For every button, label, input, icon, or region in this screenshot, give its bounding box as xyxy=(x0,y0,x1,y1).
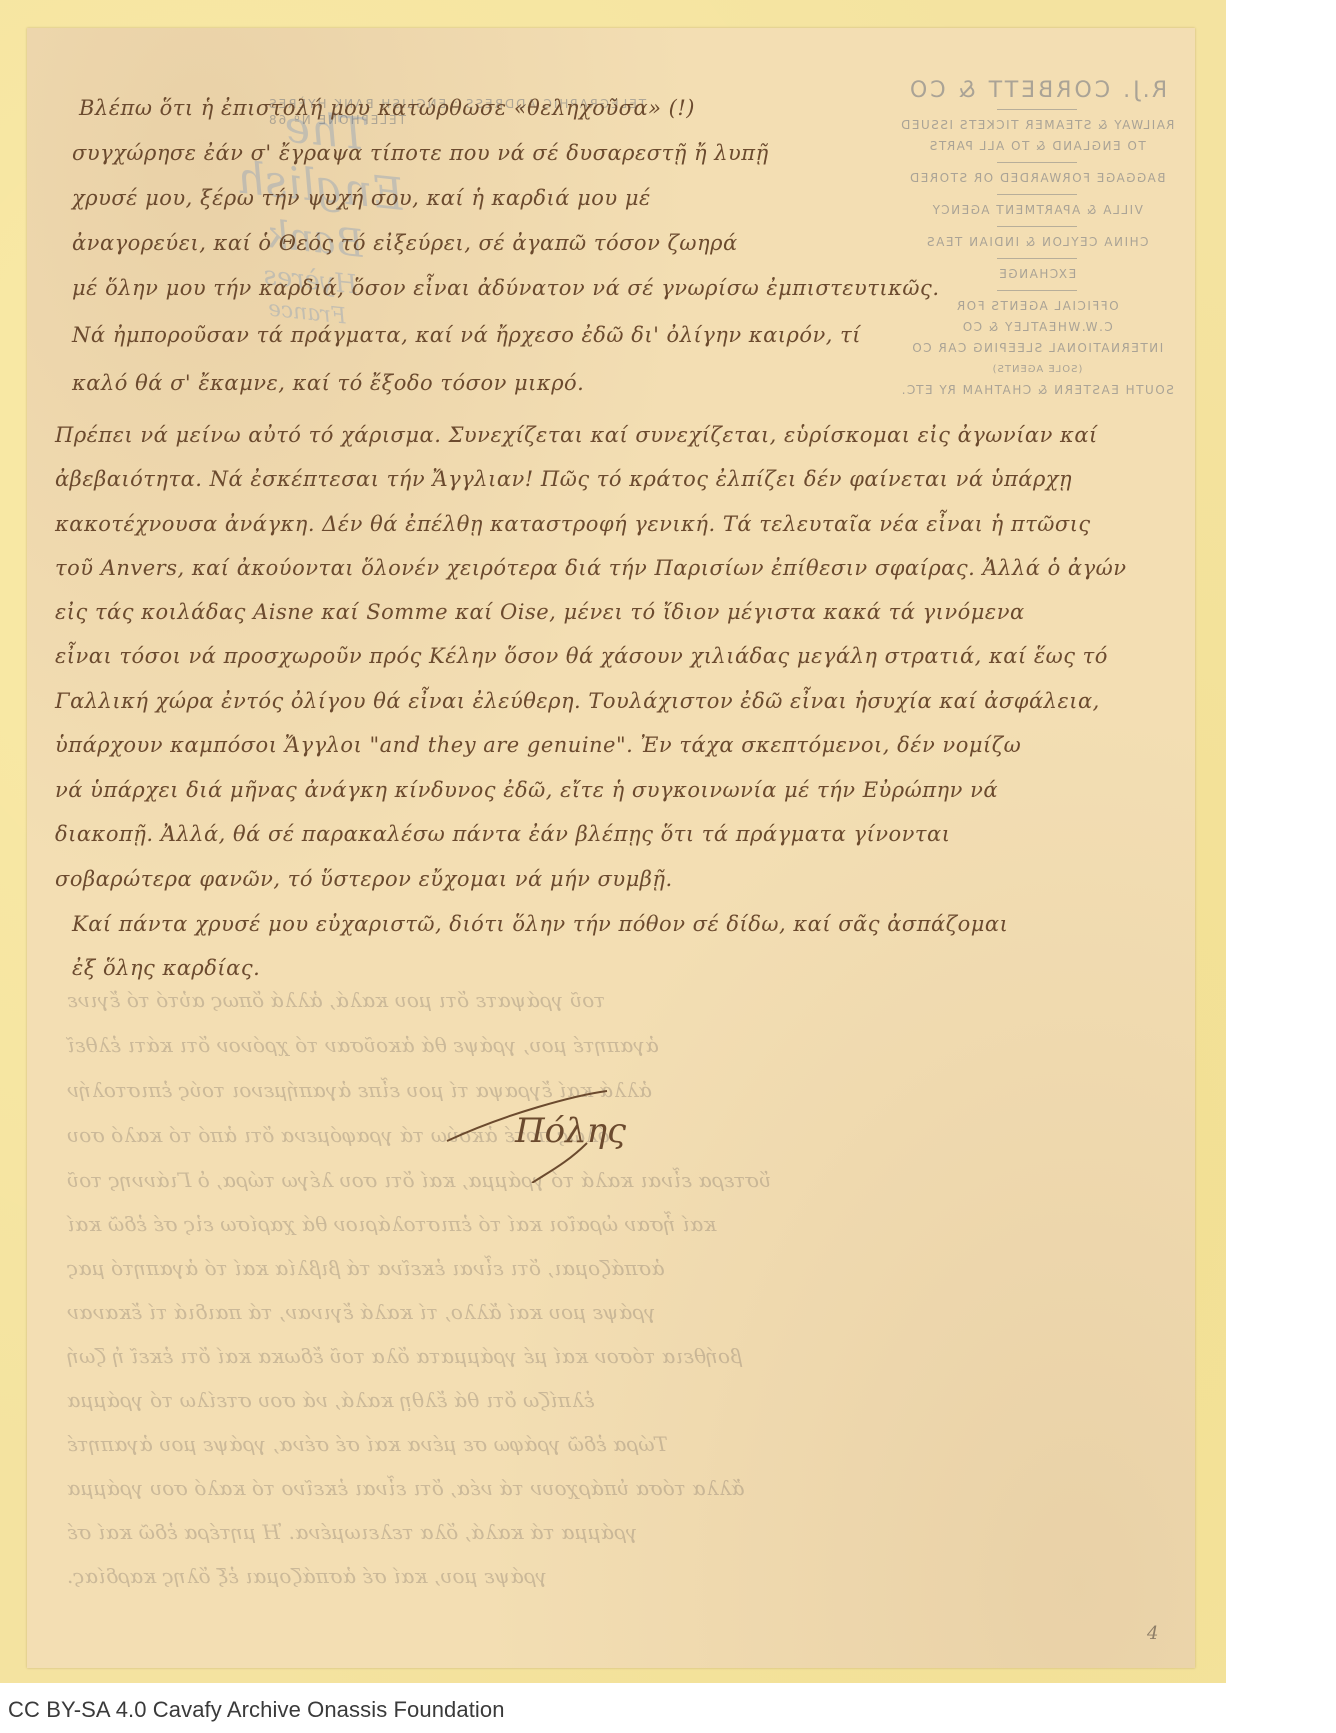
handwritten-line: ἀναγορεύει, καί ὁ Θεός τό εἰξεύρει, σέ ἀ… xyxy=(72,231,738,255)
signature-name: Πόλης xyxy=(515,1111,626,1151)
handwritten-line: ἀβεβαιότητα. Νά ἐσκέπτεσαι τήν Ἄγγλιαν! … xyxy=(55,467,1072,491)
handwritten-line: Καί πάντα χρυσέ μου εὐχαριστῶ, διότι ὅλη… xyxy=(72,912,1008,936)
divider xyxy=(997,162,1077,163)
bleed-through-line: Τώρα ἐδῶ γράφω σε μένα καί σέ σένα, γράψ… xyxy=(67,1432,1147,1456)
bleed-through-line: ἀγαπητέ μου, γράψε θά ἀκοῦσαν τό χρόνον … xyxy=(67,1033,1147,1057)
bank-stamp: The English Bank Hyères France xyxy=(176,90,459,346)
letterhead: R.J. CORBETT & CO RAILWAY & STEAMER TICK… xyxy=(887,78,1187,401)
letterhead-line: (SOLE AGENTS) xyxy=(887,359,1187,380)
divider xyxy=(997,109,1077,110)
handwritten-line: καλό θά σ' ἔκαμνε, καί τό ἔξοδο τόσον μι… xyxy=(72,371,584,395)
letterhead-line: BAGGAGE FORWARDED OR STORED xyxy=(887,168,1187,189)
letterhead-line: INTERNATIONAL SLEEPING CAR CO xyxy=(887,338,1187,359)
handwritten-line: ὑπάρχουν καμπόσοι Ἄγγλοι "and they are g… xyxy=(55,733,1021,757)
bleed-through-line: γράψε μου, καί σέ ἀσπάζομαι ἐξ ὅλης καρδ… xyxy=(67,1564,1147,1588)
handwritten-line: εἰς τάς κοιλάδας Aisne καί Somme καί Ois… xyxy=(55,600,1025,624)
handwritten-line: εἶναι τόσοι νά προσχωροῦν πρός Κέλην ὅσο… xyxy=(55,644,1108,668)
divider xyxy=(997,258,1077,259)
letterhead-line: VILLA & APARTMENT AGENCY xyxy=(887,200,1187,221)
license-caption: CC BY-SA 4.0 Cavafy Archive Onassis Foun… xyxy=(8,1697,505,1723)
bleed-through-line: τοῦ γράψατε ὅτι μου καλά, ἀλλά ὅπως αὐτό… xyxy=(67,988,1147,1012)
letterhead-line: C.W.WHEATLEY & CO xyxy=(887,317,1187,338)
handwritten-line: Νά ἠμποροῦσαν τά πράγματα, καί νά ἤρχεσο… xyxy=(72,323,861,347)
bleed-through-line: καί ἦσαν ὡραῖοι καί τό ἐπιστολάριον θά χ… xyxy=(67,1212,1147,1236)
handwritten-line: τοῦ Anvers, καί ἀκούονται ὅλονέν χειρότε… xyxy=(55,556,1127,580)
divider xyxy=(997,226,1077,227)
bleed-through-line: ἀσπάζομαι, ὅτι εἶναι ἐκεῖνα τά βιβλία κα… xyxy=(67,1256,1147,1280)
bleed-through-line: γράμμα τά καλά, ὅλα τελειωμένα. Ἡ μητέρα… xyxy=(67,1520,1147,1544)
page-marker: 4 xyxy=(1147,1623,1158,1644)
handwritten-line: ἐξ ὅλης καρδίας. xyxy=(72,956,260,980)
letter-page: The English Bank Hyères France TELEGRAPH… xyxy=(27,28,1195,1668)
handwritten-line: Γαλλική χώρα ἐντός ὀλίγου θά εἶναι ἐλεύθ… xyxy=(55,689,1100,713)
handwritten-line: μέ ὅλην μου τήν καρδιά, ὅσον εἶναι ἀδύνα… xyxy=(72,276,940,300)
letterhead-line: CHINA CEYLON & INDIAN TEAS xyxy=(887,232,1187,253)
bleed-through-line: ἐλπίζω ὅτι θά ἔλθῃ καλά, νά σου στείλω τ… xyxy=(67,1388,1147,1412)
letterhead-line: SOUTH EASTERN & CHATHAM RY ETC. xyxy=(887,380,1187,401)
handwritten-line: νά ὑπάρχει διά μῆνας ἀνάγκη κίνδυνος ἐδῶ… xyxy=(55,778,998,802)
handwritten-line: σοβαρώτερα φανῶν, τό ὕστερον εὔχομαι νά … xyxy=(55,867,673,891)
handwritten-line: Πρέπει νά μείνω αὐτό τό χάρισμα. Συνεχίζ… xyxy=(55,423,1098,447)
divider xyxy=(997,290,1077,291)
handwritten-line: χρυσέ μου, ξέρω τήν ψυχή σου, καί ἡ καρδ… xyxy=(72,186,651,210)
bleed-through-line: γράψε μου καί ἄλλο, τί καλά ἔγιναν, τά π… xyxy=(67,1300,1147,1324)
bleed-through-line: βοήθεια τόσον καί μέ γράμματα ὅλα τοῦ ἔδ… xyxy=(67,1344,1147,1368)
signature: Πόλης xyxy=(437,1073,677,1183)
handwritten-line: συγχώρησε ἐάν σ' ἔγραψα τίποτε που νά σέ… xyxy=(72,141,769,165)
handwritten-line: κακοτέχνουσα ἀνάγκη. Δέν θά ἐπέλθῃ κατασ… xyxy=(55,512,1091,536)
letterhead-line: TO ENGLAND & TO ALL PARTS xyxy=(887,136,1187,157)
handwritten-line: διακοπῇ. Ἀλλά, θά σέ παρακαλέσω πάντα ἐά… xyxy=(55,822,950,846)
firm-name: R.J. CORBETT & CO xyxy=(887,78,1187,103)
handwritten-line: Βλέπω ὅτι ἡ ἐπιστολή μου κατώρθωσε «θελη… xyxy=(79,96,695,120)
bleed-through-line: ἄλλα τόσα ὑπάρχουν τά νέα, ὅτι εἶναι ἐκε… xyxy=(67,1476,1147,1500)
divider xyxy=(997,194,1077,195)
letterhead-line: RAILWAY & STEAMER TICKETS ISSUED xyxy=(887,115,1187,136)
